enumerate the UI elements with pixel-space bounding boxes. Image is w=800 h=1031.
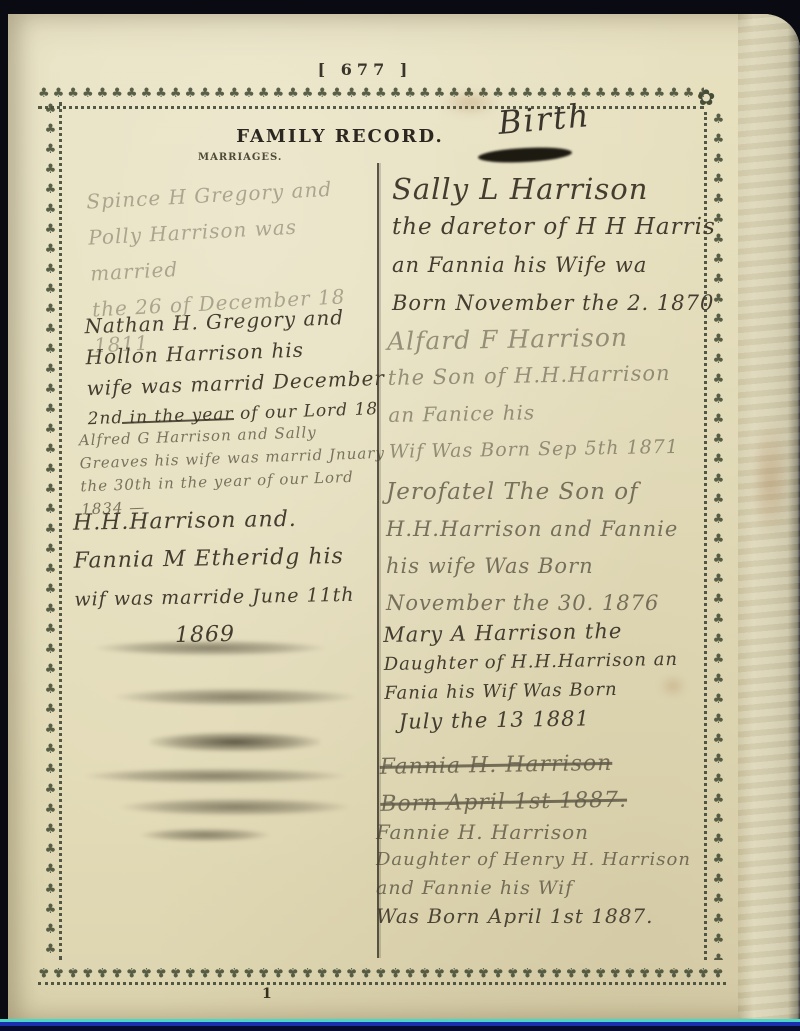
handwritten-line: Fannia M Etheridg his — [73, 537, 384, 580]
ink-smudge — [95, 640, 325, 656]
handwritten-line: an Fannia his Wife wa — [392, 246, 727, 284]
birth-entry: Alfard F Harrison the Son of H.H.Harriso… — [387, 317, 725, 471]
marriages-column-heading: MARRIAGES. — [198, 152, 282, 163]
border-ornament-bottom: ♣♣♣♣♣♣♣♣♣♣♣♣♣♣♣♣♣♣♣♣♣♣♣♣♣♣♣♣♣♣♣♣♣♣♣♣♣♣♣♣… — [38, 958, 726, 985]
handwritten-line: Born November the 2. 1870 — [392, 284, 727, 322]
handwritten-line: an Fanice his — [388, 391, 724, 434]
handwritten-line: H.H.Harrison and. — [73, 499, 384, 542]
scan-edge-stripes — [0, 1019, 800, 1031]
ink-smudge — [85, 768, 345, 784]
corner-rosette-icon: ✿ — [697, 86, 715, 111]
handwritten-line: H.H.Harrison and Fannie — [386, 511, 726, 548]
handwritten-line: Daughter of H.H.Harrison an — [384, 644, 729, 679]
handwritten-line: July the 13 1881 — [399, 702, 730, 737]
handwritten-line: wif was marride June 11th — [74, 575, 385, 618]
ink-smudge — [150, 732, 320, 752]
handwritten-line: Fannie H. Harrison — [376, 818, 726, 846]
marriage-entry: Nathan H. Gregory and Hollon Harrison hi… — [84, 301, 388, 435]
age-stain — [660, 676, 686, 696]
birth-entry: Fannie H. Harrison Daughter of Henry H. … — [376, 818, 726, 930]
handwritten-line: Daughter of Henry H. Harrison — [376, 846, 726, 874]
border-ornament-left: ♣♣♣♣♣♣♣♣♣♣♣♣♣♣♣♣♣♣♣♣♣♣♣♣♣♣♣♣♣♣♣♣♣♣♣♣♣♣♣♣… — [40, 102, 62, 960]
age-stain — [440, 90, 500, 116]
handwritten-line: his wife Was Born — [386, 548, 726, 585]
border-ornament-top: ♣♣♣♣♣♣♣♣♣♣♣♣♣♣♣♣♣♣♣♣♣♣♣♣♣♣♣♣♣♣♣♣♣♣♣♣♣♣♣♣… — [38, 84, 704, 109]
handwritten-line: Born April 1st 1887. — [380, 780, 716, 823]
page-number-bottom: 1 — [262, 986, 272, 1002]
handwritten-line: the daretor of H H Harris — [392, 208, 727, 246]
ink-smudge — [115, 688, 355, 706]
handwritten-line: Was Born April 1st 1887. — [376, 902, 726, 930]
scanned-family-record-page: [ 677 ] ♣♣♣♣♣♣♣♣♣♣♣♣♣♣♣♣♣♣♣♣♣♣♣♣♣♣♣♣♣♣♣♣… — [0, 0, 800, 1031]
birth-entry-crossed-out: Fannia H. Harrison Born April 1st 1887. — [379, 743, 715, 823]
handwritten-line: Fannia H. Harrison — [379, 743, 715, 786]
stripe-navy — [0, 1026, 800, 1031]
age-stain — [750, 420, 790, 540]
handwritten-line: the Son of H.H.Harrison — [387, 354, 723, 397]
ink-smudge — [120, 798, 350, 816]
handwritten-line: Sally L Harrison — [392, 170, 727, 208]
handwritten-line: Wif Was Born Sep 5th 1871 — [389, 428, 725, 471]
handwritten-line: Alfard F Harrison — [387, 317, 723, 360]
birth-entry: Sally L Harrison the daretor of H H Harr… — [392, 170, 727, 322]
handwritten-line: Jerofatel The Son of — [386, 474, 726, 511]
birth-entry: Jerofatel The Son of H.H.Harrison and Fa… — [386, 474, 726, 622]
handwritten-heading: Birth — [497, 96, 592, 142]
marriage-entry: H.H.Harrison and. Fannia M Etheridg his … — [73, 499, 386, 656]
page-number-top: [ 677 ] — [0, 60, 730, 79]
handwritten-line: and Fannie his Wif — [376, 874, 726, 902]
ink-smudge — [140, 828, 270, 842]
